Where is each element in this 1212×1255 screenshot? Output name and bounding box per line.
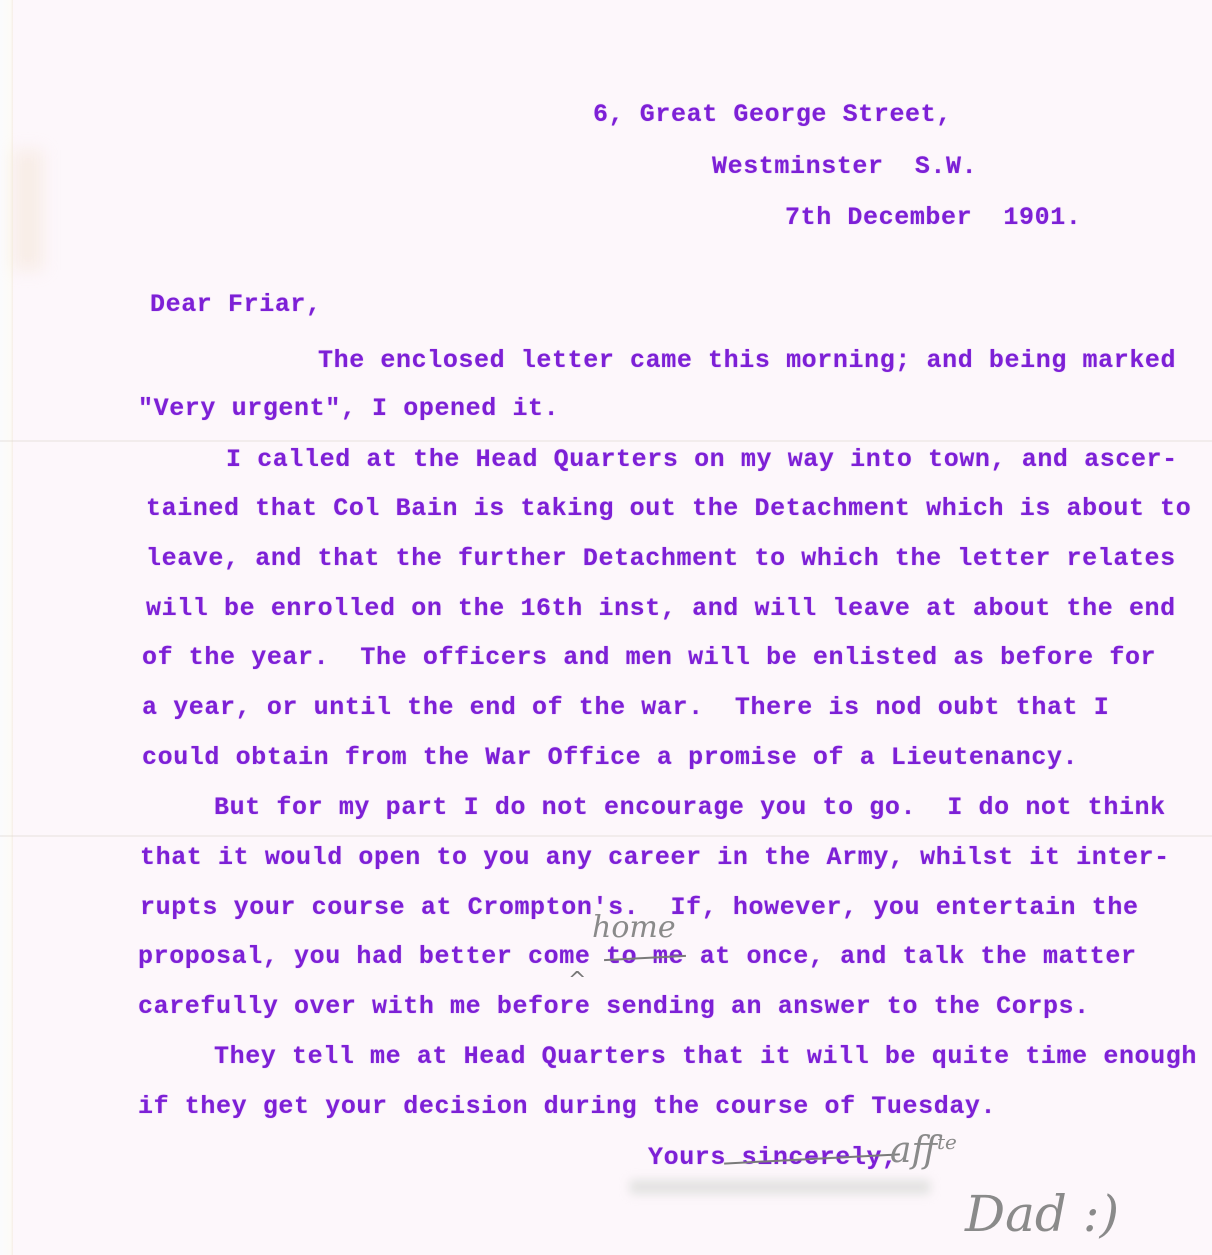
paper-stain — [13, 150, 43, 270]
body-line: The enclosed letter came this morning; a… — [318, 346, 1176, 375]
proposal-text-after: at once, and talk the matter — [684, 942, 1136, 971]
body-line: carefully over with me before sending an… — [138, 992, 1090, 1021]
closing-struck: sincerely, — [726, 1143, 898, 1172]
paper-left-edge — [0, 0, 13, 1255]
body-line: will be enrolled on the 16th inst, and w… — [146, 594, 1176, 623]
letter-date: 7th December 1901. — [785, 203, 1081, 232]
body-line: of the year. The officers and men will b… — [142, 643, 1156, 672]
body-line: But for my part I do not encourage you t… — [214, 793, 1166, 822]
handwritten-aff: aff — [890, 1130, 937, 1171]
paper-fold-line — [0, 835, 1212, 837]
body-line: if they get your decision during the cou… — [138, 1092, 996, 1121]
paper-smudge — [630, 1180, 930, 1194]
body-line: leave, and that the further Detachment t… — [146, 544, 1176, 573]
handwritten-closing: affte — [890, 1130, 957, 1171]
signature: Dad :) — [965, 1185, 1119, 1243]
body-line-proposal: proposal, you had better come to me at o… — [138, 942, 1137, 971]
paper-fold-line — [0, 440, 1212, 442]
insertion-caret-icon: ^ — [568, 968, 586, 993]
body-line: that it would open to you any career in … — [140, 843, 1170, 872]
body-line: They tell me at Head Quarters that it wi… — [214, 1042, 1197, 1071]
address-district: Westminster S.W. — [712, 152, 977, 181]
closing: Yours sincerely, — [648, 1143, 898, 1172]
handwritten-insert: home — [592, 910, 676, 945]
struck-text: to me — [606, 942, 684, 971]
salutation: Dear Friar, — [150, 290, 322, 319]
body-line: I called at the Head Quarters on my way … — [226, 445, 1178, 474]
body-line: tained that Col Bain is taking out the D… — [146, 494, 1191, 523]
address-street: 6, Great George Street, — [593, 100, 952, 129]
closing-typed: Yours — [648, 1143, 726, 1172]
handwritten-superscript: te — [937, 1130, 957, 1154]
body-line: a year, or until the end of the war. The… — [142, 693, 1109, 722]
proposal-text-before: proposal, you had better come — [138, 942, 606, 971]
body-line: could obtain from the War Office a promi… — [142, 743, 1078, 772]
body-line: "Very urgent", I opened it. — [138, 394, 559, 423]
